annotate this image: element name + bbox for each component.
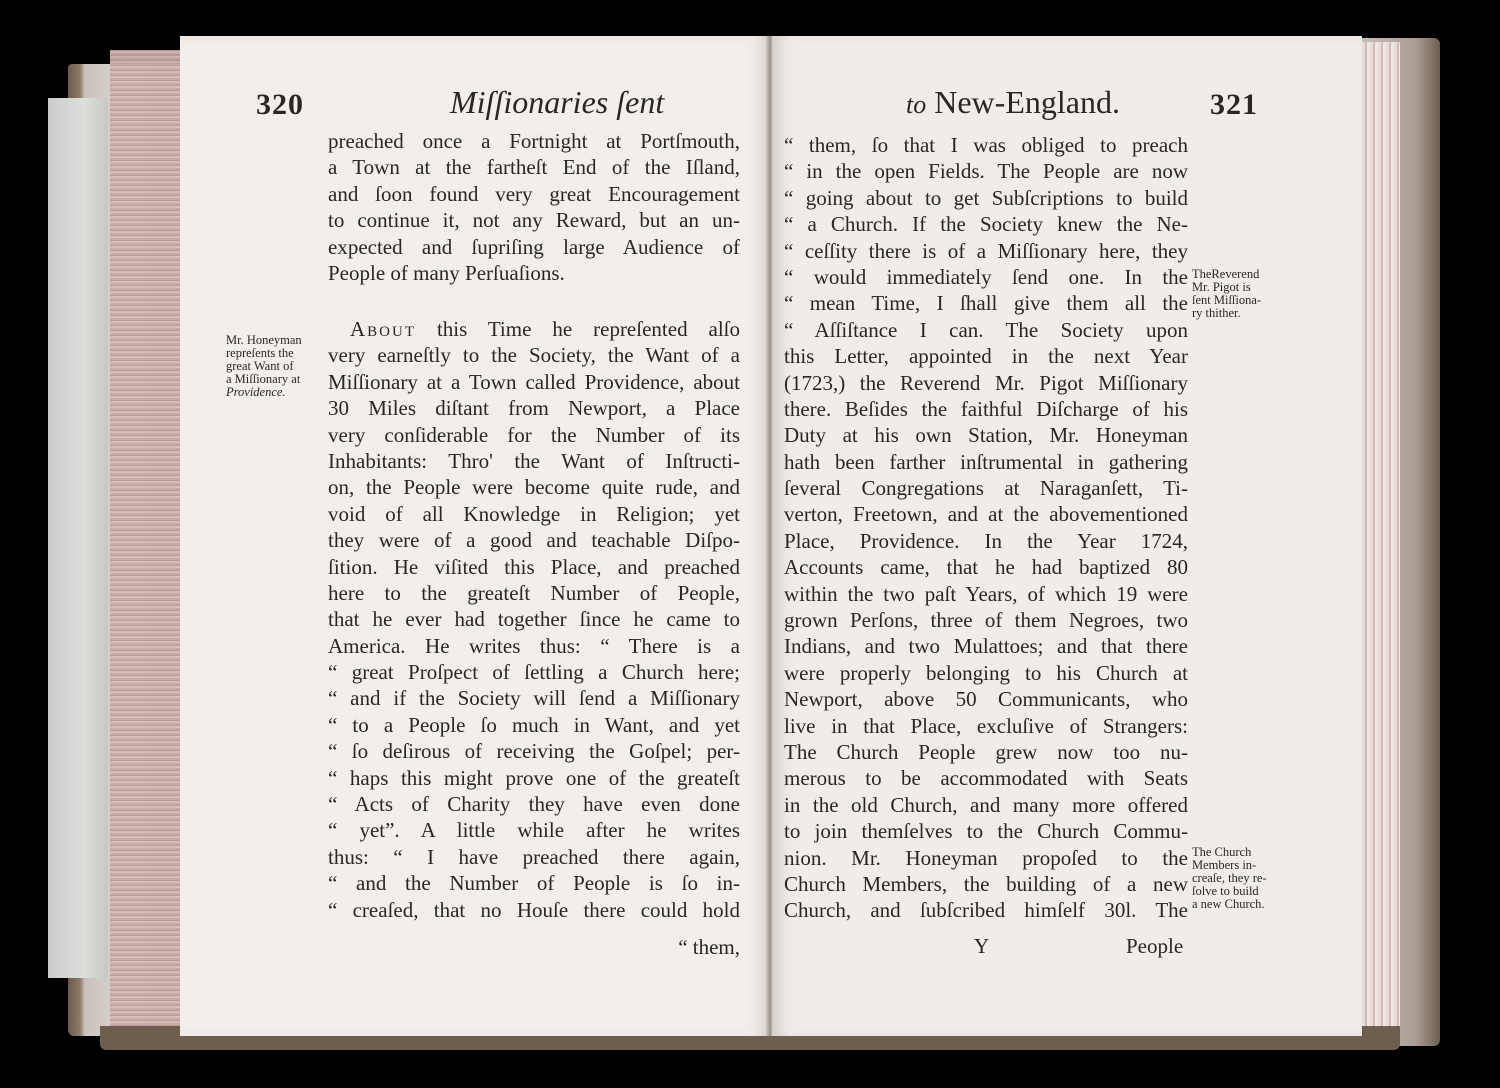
text-line: Indians, and two Mulattoes; and that the… — [784, 633, 1188, 659]
text-line: Inhabitants: Thro' the Want of Inſtructi… — [328, 448, 740, 474]
text-line: here to the greateſt Number of People, — [328, 580, 740, 606]
running-head: Miſſionaries ſent — [450, 84, 664, 121]
paragraph-2: About this Time he repreſented alſovery … — [328, 316, 740, 923]
right-page-body: “ them, ſo that I was obliged to preach“… — [784, 132, 1188, 924]
text-line: on, the People were become quite rude, a… — [328, 474, 740, 500]
dust-jacket-flap — [48, 98, 108, 978]
text-line: verton, Freetown, and at the abovementio… — [784, 501, 1188, 527]
text-line: Duty at his own Station, Mr. Honeyman — [784, 422, 1188, 448]
text-line: nion. Mr. Honeyman propoſed to the — [784, 845, 1188, 871]
text-line: Church Members, the building of a new — [784, 871, 1188, 897]
text-line: grown Perſons, three of them Negroes, tw… — [784, 607, 1188, 633]
text-line: void of all Knowledge in Religion; yet — [328, 501, 740, 527]
catchword: “ them, — [328, 934, 740, 960]
catchword-block: “ them, — [328, 934, 740, 960]
text-line: “ ceſſity there is of a Miſſionary here,… — [784, 238, 1188, 264]
page-number: 320 — [256, 88, 304, 122]
open-book: 320 Miſſionaries ſent preached once a Fo… — [60, 36, 1440, 1060]
paragraph-1: preached once a Fortnight at Portſmouth,… — [328, 128, 740, 286]
text-line: “ would immediately ſend one. In the — [784, 264, 1188, 290]
text-line: very conſiderable for the Number of its — [328, 422, 740, 448]
text-line: America. He writes thus: “ There is a — [328, 633, 740, 659]
text-line: Place, Providence. In the Year 1724, — [784, 528, 1188, 554]
text-line: hath been farther inſtrumental in gather… — [784, 449, 1188, 475]
text-line: this Letter, appointed in the next Year — [784, 343, 1188, 369]
text-line: there. Beſides the faithful Diſcharge of… — [784, 396, 1188, 422]
text-line: in the old Church, and many more offered — [784, 792, 1188, 818]
text-line: were properly belonging to his Church at — [784, 660, 1188, 686]
text-line: very earneſtly to the Society, the Want … — [328, 342, 740, 368]
text-line: The Church People grew now too nu- — [784, 739, 1188, 765]
text-line: Newport, above 50 Communicants, who — [784, 686, 1188, 712]
text-line: ſeveral Congregations at Naraganſett, Ti… — [784, 475, 1188, 501]
text-line: “ a Church. If the Society knew the Ne- — [784, 211, 1188, 237]
page-number: 321 — [1210, 88, 1258, 122]
right-page: to New-England. 321 “ them, ſo that I wa… — [772, 36, 1362, 1036]
running-head: to New-England. — [906, 84, 1120, 121]
drop-lead-word: About — [350, 317, 416, 341]
text-line: (1723,) the Reverend Mr. Pigot Miſſionar… — [784, 370, 1188, 396]
text-line: expected and ſupriſing large Audience of — [328, 234, 740, 260]
text-line: “ ſo deſirous of receiving the Goſpel; p… — [328, 738, 740, 764]
text-line: People of many Perſuaſions. — [328, 260, 740, 286]
catchword: People — [1126, 934, 1183, 959]
text-line: to join themſelves to the Church Commu- — [784, 818, 1188, 844]
text-line: About this Time he repreſented alſo — [328, 316, 740, 342]
text-line: live in that Place, excluſive of Strange… — [784, 713, 1188, 739]
text-line: “ and the Number of People is ſo in- — [328, 870, 740, 896]
text-line: Accounts came, that he had baptized 80 — [784, 554, 1188, 580]
text-line: ſition. He viſited this Place, and preac… — [328, 554, 740, 580]
text-line: to continue it, not any Reward, but an u… — [328, 207, 740, 233]
text-line: “ Acts of Charity they have even done — [328, 791, 740, 817]
text-line: “ them, ſo that I was obliged to preach — [784, 132, 1188, 158]
text-line: thus: “ I have preached there again, — [328, 844, 740, 870]
text-line: a Town at the fartheſt End of the Iſland… — [328, 154, 740, 180]
text-line: merous to be accommodated with Seats — [784, 765, 1188, 791]
text-line: “ to a People ſo much in Want, and yet — [328, 712, 740, 738]
text-line: “ creaſed, that no Houſe there could hol… — [328, 897, 740, 923]
page-edges-left — [110, 50, 180, 1040]
left-page: 320 Miſſionaries ſent preached once a Fo… — [180, 36, 770, 1036]
text-line: “ yet”. A little while after he writes — [328, 817, 740, 843]
text-line: “ Aſſiſtance I can. The Society upon — [784, 317, 1188, 343]
text-line: Church, and ſubſcribed himſelf 30l. The — [784, 897, 1188, 923]
marginal-note-new-church: The Church Members in- creaſe, they re- … — [1192, 846, 1282, 911]
text-line: they were of a good and teachable Diſpo- — [328, 527, 740, 553]
text-line: “ haps this might prove one of the great… — [328, 765, 740, 791]
text-line: and ſoon found very great Encouragement — [328, 181, 740, 207]
marginal-note-pigot: TheReverend Mr. Pigot is ſent Miſſiona- … — [1192, 268, 1282, 320]
signature-mark: Y — [974, 934, 989, 959]
text-line: preached once a Fortnight at Portſmouth, — [328, 128, 740, 154]
text-line: “ and if the Society will ſend a Miſſion… — [328, 685, 740, 711]
text-line: “ great Proſpect of ſettling a Church he… — [328, 659, 740, 685]
text-line: “ going about to get Subſcriptions to bu… — [784, 185, 1188, 211]
text-line: “ mean Time, I ſhall give them all the — [784, 290, 1188, 316]
text-line: that he ever had together ſince he came … — [328, 606, 740, 632]
text-line: within the two paſt Years, of which 19 w… — [784, 581, 1188, 607]
marginal-note-honeyman: Mr. Honeyman repreſents the great Want o… — [226, 334, 330, 399]
text-line: “ in the open Fields. The People are now — [784, 158, 1188, 184]
text-line: Miſſionary at a Town called Providence, … — [328, 369, 740, 395]
text-line: 30 Miles diſtant from Newport, a Place — [328, 395, 740, 421]
